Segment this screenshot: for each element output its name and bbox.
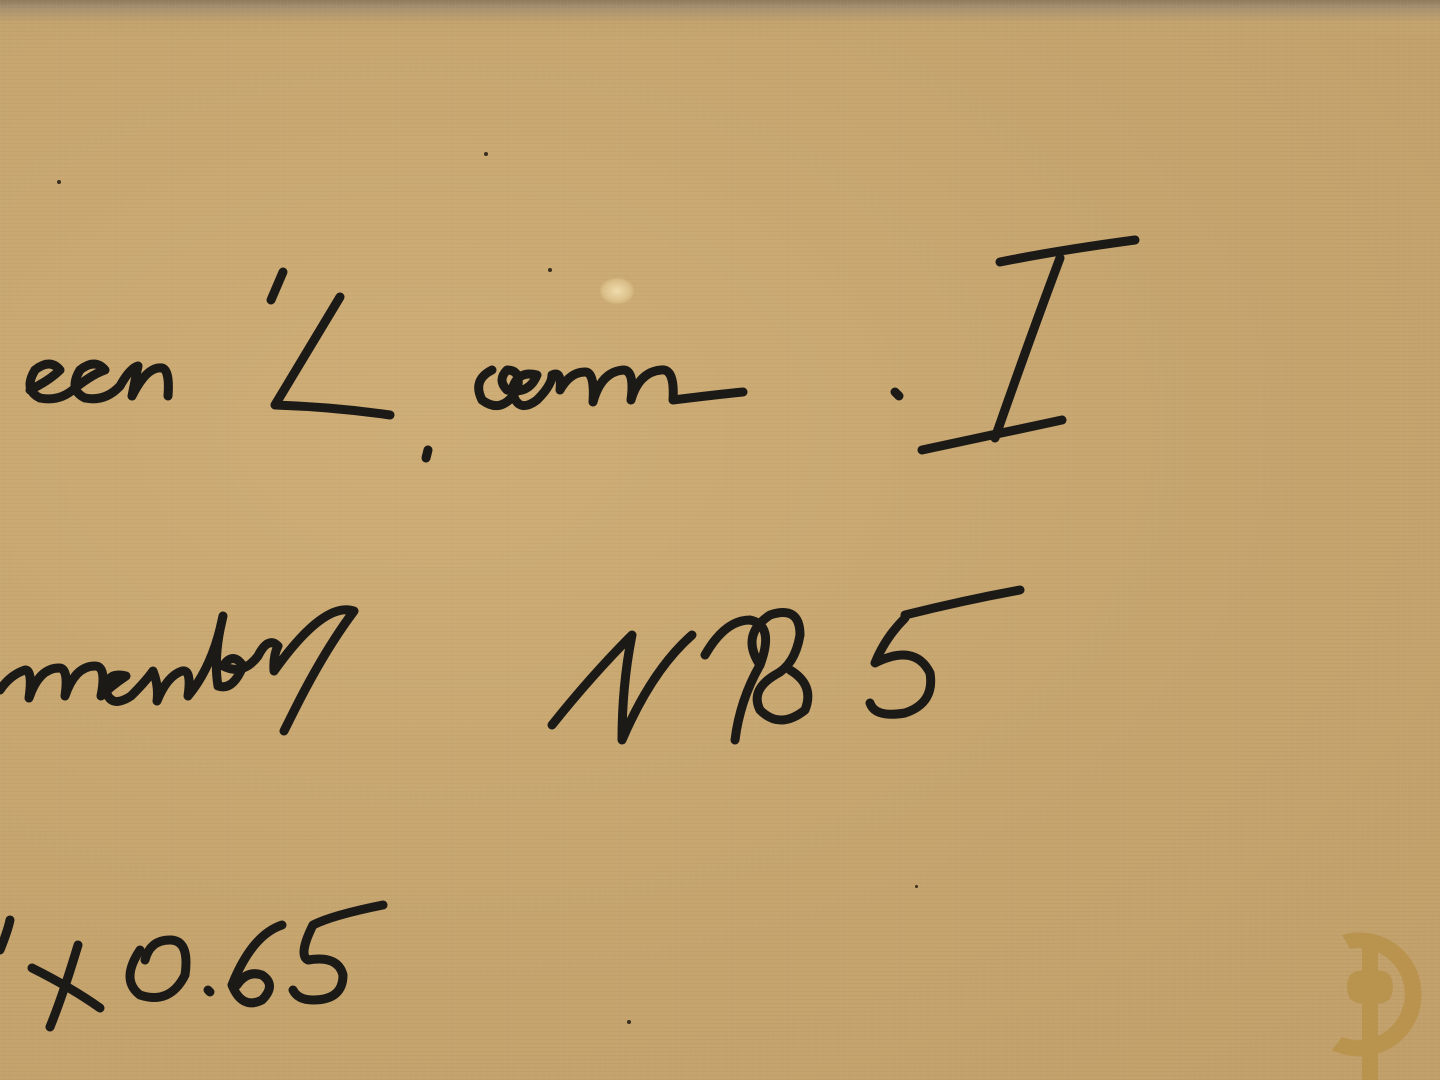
gavel-in-circle-logo-icon [1322, 915, 1440, 1080]
handwriting-strokes [0, 0, 1440, 1080]
